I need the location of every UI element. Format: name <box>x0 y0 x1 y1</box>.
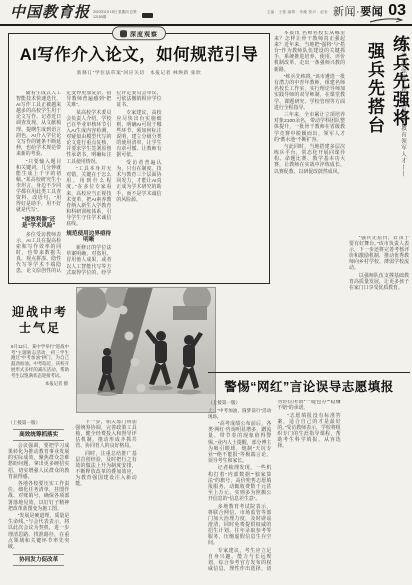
vertical-headline-part2: 强兵先搭台 <box>362 42 387 135</box>
vertical-headline: 练兵先强将 强兵先搭台 <box>362 35 412 231</box>
column-subhead: 协同发力促改革 <box>13 554 64 566</box>
bottom-right-columns: （上接第一版） 上：“中考加油，圆梦前行”活动现场。 “高考成绩公布前后，各类‘… <box>208 400 410 582</box>
main-body-columns: 随着生成式人工智能技术快速迭代，AI写作工具正被越来越多的高校学生用于论文写作。… <box>16 91 262 278</box>
bottom-right-article: 警惕“网红”言论误导志愿填报 （上接第一版） 上：“中考加油，圆梦前行”活动现场… <box>208 372 410 583</box>
bottom-right-headline: 警惕“网红”言论误导志愿填报 <box>208 377 410 395</box>
body-paragraph: 与此同时，当地搭建多层次练兵平台，常态化开展同课异构、命题比赛、教学基本功大赛，… <box>274 145 345 175</box>
column-badge: 深度观察 <box>112 26 166 40</box>
main-byline: 新修订“学位法草案”回应关切 本报记者 林焕新 张欣 <box>9 69 269 76</box>
right-article-column-a: 本报讯 名师名校长从哪里来？怎样让骨干教师真正强起来？近年来，当地把“强将”与“… <box>274 31 345 371</box>
continued-marker: （上接第一版） <box>8 420 69 426</box>
right-article-headline-block: 聚力实施“强师工程” 培育基础教育领军人才—— 练兵先强将 强兵先搭台 <box>349 33 409 231</box>
right-article-column-b: “强兵先搭台，好苗子要有好舞台。”该市负责人表示，下一步还将完善考核评价和激励机… <box>349 236 409 368</box>
body-paragraph: “工具本身并无对错，关键在于怎么用、用到什么程度。”在多位专家看来，高校应当正视… <box>66 167 111 228</box>
photo-subcaption: 上：“中考加油，圆梦前行”活动现场。 <box>208 408 271 419</box>
page-credits: 主编：王强 编辑：李澈 校对：赵岩 <box>267 10 328 15</box>
photo-caption: 6月12日，某中学举行“迎战中考”主题励志活动，初三学生跑过“中考加油”拱门，为… <box>11 344 69 378</box>
masthead-dateline: 2023年6月15日 星期四 总第12150期 <box>93 10 139 21</box>
body-paragraph: “志愿填报没有标准答案，适合自己的才是最好的。”受访教师表示，学校将组织专门的生… <box>277 414 340 451</box>
body-paragraph: 受访者普遍认为，只有在制度、技术与教育三个层面协同发力，才能让AI真正成为学术研… <box>116 161 161 204</box>
body-paragraph: 同时，注重总结推广基层首创经验，及时把行之有效的做法上升为制度安排，不断释放改革… <box>75 452 136 489</box>
body-paragraph: 下一步，相关部门将加强统筹协调，完善政策工具箱，健全经费投入和督导评估机制，推动… <box>75 420 136 450</box>
body-paragraph: “只要输入题目和关键词，几分钟就能生成上千字的初稿。”某高校研究生小李坦言，身边… <box>16 160 61 215</box>
news-photo <box>77 288 215 412</box>
body-paragraph: 会议强调，要把学习成果转化为推动教育事业发展的实际成效，聚焦群众急难愁盼问题，拿… <box>8 444 69 481</box>
column-subhead: 高效统筹抓落实 <box>13 429 64 441</box>
photo-feature-panel: 迎战中考 士气足 6月12日，某中学举行“迎战中考”主题励志活动，初三学生跑过“… <box>8 292 72 414</box>
main-article: 深度观察 AI写作介入论文，如何规范引导 新修订“学位法草案”回应关切 本报记者… <box>8 33 270 284</box>
photo-title-line1: 迎战中考 <box>8 304 72 320</box>
masthead-title: 中国教育报 <box>10 3 90 21</box>
masthead-logo-mark-icon <box>142 13 153 18</box>
main-headline: AI写作介入论文，如何规范引导 <box>15 46 263 65</box>
column-subhead: 规范使用边界亟待明晰 <box>66 230 111 244</box>
photo-students-running-illustration <box>77 288 215 412</box>
body-paragraph: 随着生成式人工智能技术快速迭代，AI写作工具正被越来越多的高校学生用于论文写作。… <box>16 91 61 158</box>
photo-feature-title: 迎战中考 士气足 <box>8 304 72 336</box>
header-swoosh-icon <box>369 17 403 24</box>
bottom-left-article: （上接第一版） 高效统筹抓落实会议强调，要把学习成果转化为推动教育事业发展的实际… <box>8 420 204 580</box>
body-paragraph: 本报讯 名师名校长从哪里来？怎样让骨干教师真正强起来？近年来，当地把“强将”与“… <box>274 31 345 74</box>
body-paragraph: “发展是硬道理，质量是生命线。”与会代表表示，将以此次会议为契机，进一步理清思路… <box>8 514 69 551</box>
badge-dot-icon <box>120 30 127 37</box>
body-paragraph: 三年来，全市累计立项培养对象2100余名，带动学科团队整体提升，一批骨干教师在省… <box>274 113 345 143</box>
newspaper-page: 中国教育报 2023年6月15日 星期四 总第12150期 主编：王强 编辑：李… <box>0 0 412 585</box>
body-paragraph: “强兵先搭台，好苗子要有好舞台。”该市负责人表示，下一步还将完善考核评价和激励机… <box>349 236 409 273</box>
masthead: 中国教育报 2023年6月15日 星期四 总第12150期 <box>10 3 153 21</box>
body-paragraph: 各地各校要压实工作责任，细化任务清单，挂图作战、对账销号，确保各项部署落地见效，… <box>8 482 69 512</box>
column-subhead: “提效利器”还是“学术风险” <box>16 216 61 230</box>
body-paragraph: “练兵先练将。”该市遴选一批有潜力的中青年教师，组建名师名校长工作室，实行理论导… <box>274 75 345 112</box>
body-paragraph: 专家建议，高校应尽快出台实施细则，明确AI可用于哪些环节、须如何标注说明，建立分… <box>116 111 161 160</box>
body-paragraph: 以强师队伍支撑基础教育高质量发展，让更多孩子在家门口享受优质教育。 <box>349 274 409 292</box>
body-paragraph: “高考成绩公布前后，各类‘网红’咨询明显增多，蹭流量、带节奏的现象值得警惕。”业… <box>208 422 271 465</box>
vertical-headline-part1: 练兵先强将 <box>390 35 409 128</box>
body-paragraph: 某高校学术委员会负责人介绍，学校已在毕业审核环节引入AI生成内容检测，对疑似由模… <box>66 111 111 166</box>
bottom-left-columns: （上接第一版） 高效统筹抓落实会议强调，要把学习成果转化为推动教育事业发展的实际… <box>8 420 204 580</box>
photo-byline: 本报记者 摄 <box>12 381 68 387</box>
body-paragraph: 多地教育考试院表示，将联合网信、市场监管等部门加大治理力度，及时辟谣澄清，同时免… <box>208 505 271 548</box>
header-rule <box>0 24 412 26</box>
continued-marker: （上接第一版） <box>208 400 271 406</box>
body-paragraph: 记者梳理发现，一些机构打着“内部数据”“独家算法”的旗号，高价兜售志愿填报服务，… <box>208 466 271 503</box>
column-badge-label: 深度观察 <box>130 29 158 38</box>
photo-title-line2: 士气足 <box>8 320 72 336</box>
